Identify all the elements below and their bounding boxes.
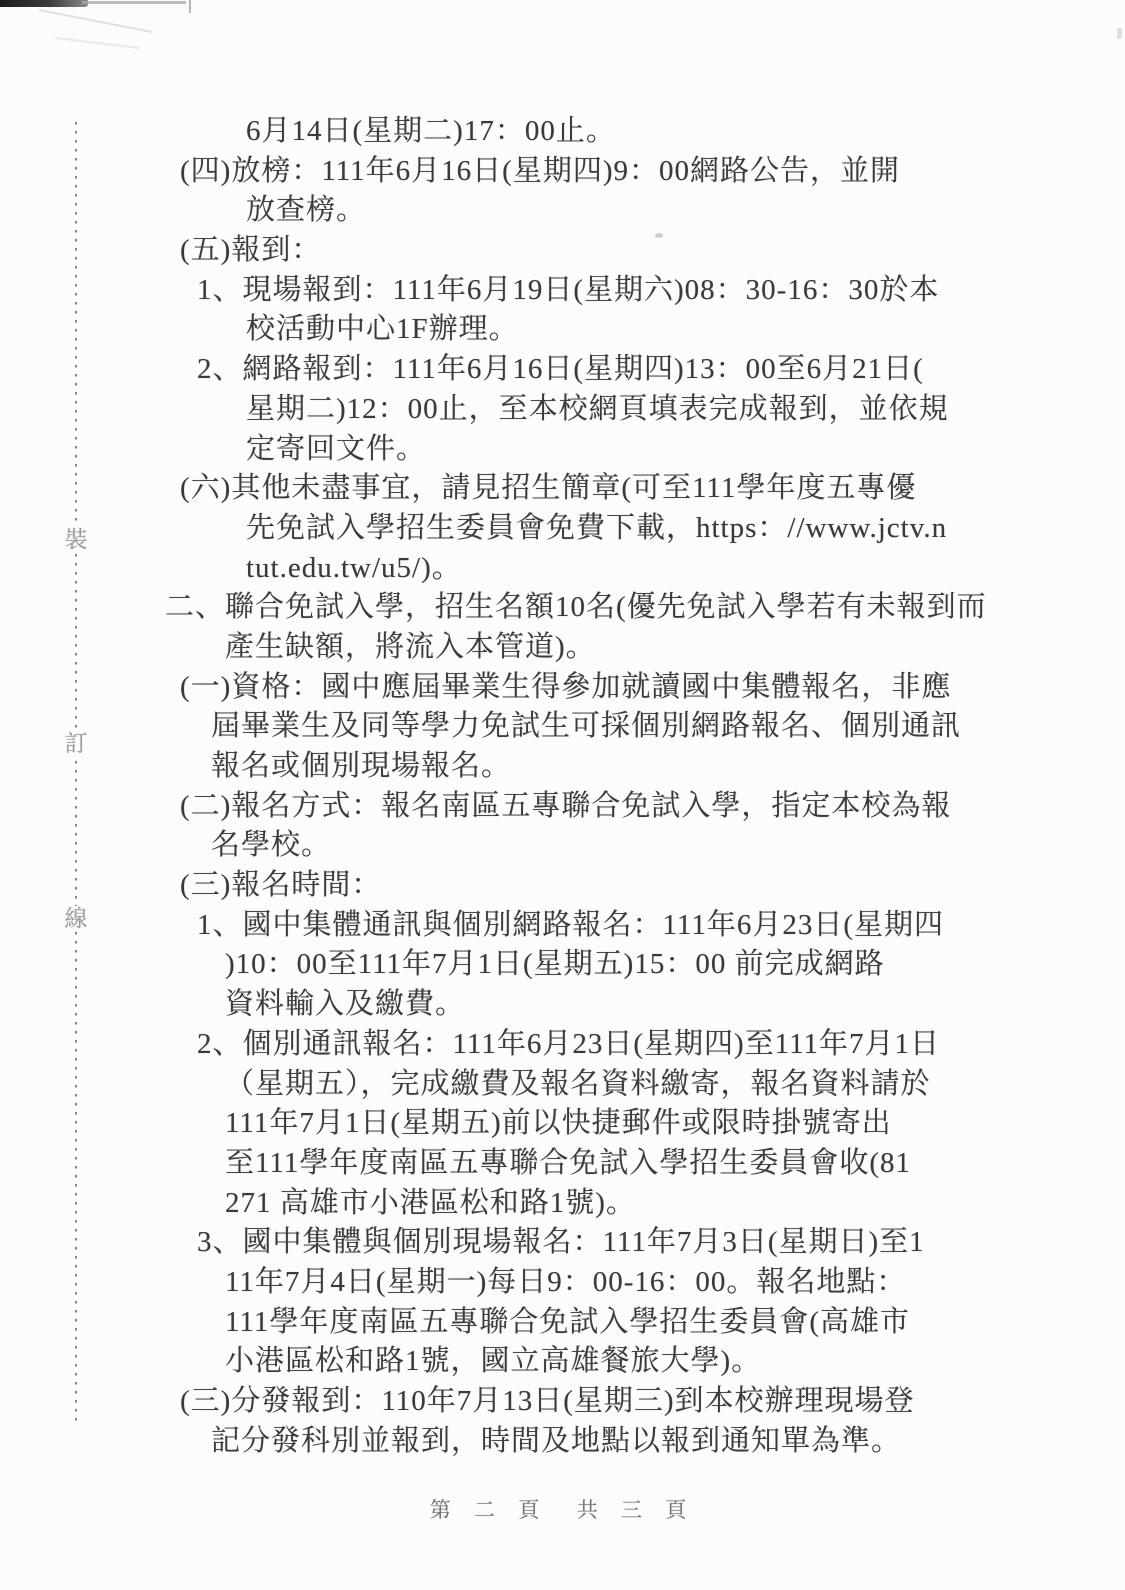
text-line: 3、國中集體與個別現場報名：111年7月3日(星期日)至1 [0,1223,1125,1263]
text-line: 2、網路報到：111年6月16日(星期四)13：00至6月21日( [0,350,1125,390]
text-line: 星期二)12：00止，至本校網頁填表完成報到，並依規 [0,390,1125,430]
text-line: 小港區松和路1號，國立高雄餐旅大學)。 [0,1342,1125,1382]
text-line: 記分發科別並報到，時間及地點以報到通知單為準。 [0,1422,1125,1462]
text-line: 名學校。 [0,826,1125,866]
text-line: 二、聯合免試入學，招生名額10名(優先免試入學若有未報到而 [0,588,1125,628]
text-line: (六)其他未盡事宜，請見招生簡章(可至111學年度五專優 [0,469,1125,509]
text-line: 校活動中心1F辦理。 [0,310,1125,350]
text-line: 111學年度南區五專聯合免試入學招生委員會(高雄市 [0,1303,1125,1343]
scanned-document-page: 裝 訂 線 6月14日(星期二)17：00止。(四)放榜：111年6月16日(星… [0,0,1125,1590]
text-line: 先免試入學招生委員會免費下載，https：//www.jctv.n [0,509,1125,549]
text-line: 1、現場報到：111年6月19日(星期六)08：30-16：30於本 [0,271,1125,311]
page-number: 第 二 頁 共 三 頁 [0,1494,1125,1524]
text-line: tut.edu.tw/u5/)。 [0,549,1125,589]
text-line: 資料輸入及繳費。 [0,985,1125,1025]
text-line: 11年7月4日(星期一)每日9：00-16：00。報名地點： [0,1263,1125,1303]
text-line: (三)分發報到：110年7月13日(星期三)到本校辦理現場登 [0,1382,1125,1422]
text-line: 2、個別通訊報名：111年6月23日(星期四)至111年7月1日 [0,1025,1125,1065]
text-line: 屆畢業生及同等學力免試生可採個別網路報名、個別通訊 [0,707,1125,747]
text-line: 放查榜。 [0,191,1125,231]
text-line: (三)報名時間： [0,866,1125,906]
text-line: (四)放榜：111年6月16日(星期四)9：00網路公告，並開 [0,152,1125,192]
document-text-body: 6月14日(星期二)17：00止。(四)放榜：111年6月16日(星期四)9：0… [0,0,1125,1461]
text-line: （星期五），完成繳費及報名資料繳寄，報名資料請於 [0,1065,1125,1105]
text-line: 1、國中集體通訊與個別網路報名：111年6月23日(星期四 [0,906,1125,946]
text-line: 定寄回文件。 [0,430,1125,470]
text-line: (二)報名方式：報名南區五專聯合免試入學，指定本校為報 [0,787,1125,827]
text-line: 111年7月1日(星期五)前以快捷郵件或限時掛號寄出 [0,1104,1125,1144]
text-line: 報名或個別現場報名。 [0,747,1125,787]
text-line: 產生缺額，將流入本管道)。 [0,628,1125,668]
text-line: 6月14日(星期二)17：00止。 [0,112,1125,152]
text-line: (五)報到： [0,231,1125,271]
text-line: 至111學年度南區五專聯合免試入學招生委員會收(81 [0,1144,1125,1184]
text-line: )10：00至111年7月1日(星期五)15：00 前完成網路 [0,945,1125,985]
text-line: 271 高雄市小港區松和路1號)。 [0,1184,1125,1224]
text-line: (一)資格：國中應屆畢業生得參加就讀國中集體報名，非應 [0,668,1125,708]
